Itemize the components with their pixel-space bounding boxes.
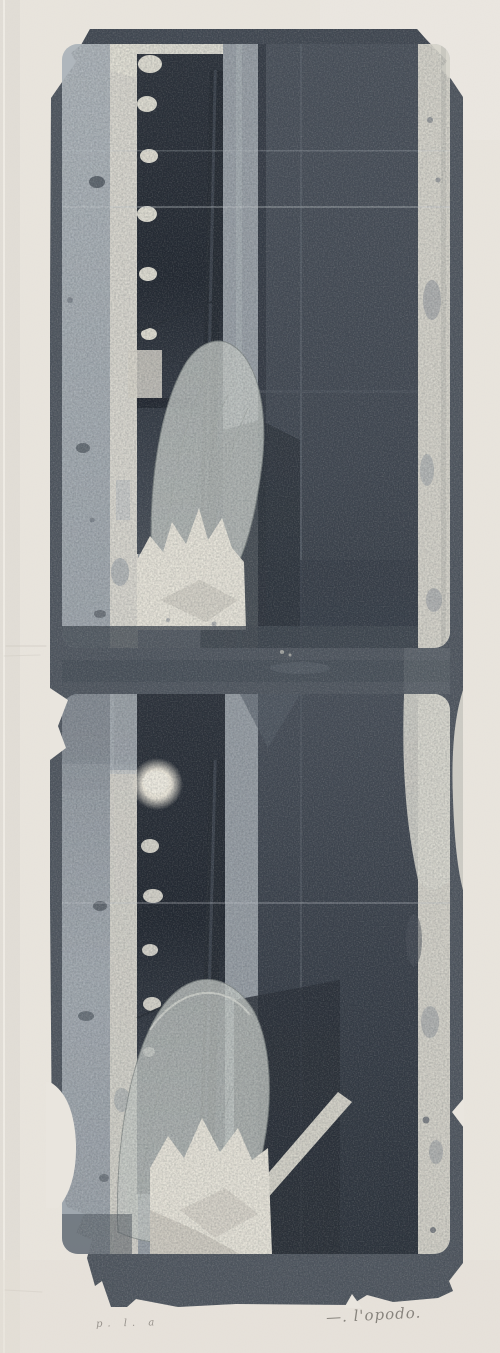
floor-shadow-band (62, 626, 418, 648)
print-artwork (0, 0, 500, 1353)
print-plate (46, 26, 466, 1316)
plate-top-bar (82, 29, 430, 44)
artwork-photograph: p. l. a —. l'opodo. (0, 0, 500, 1353)
inscription-edition: p. l. a (96, 1317, 160, 1330)
film-frame-bottom (62, 694, 450, 1254)
right-light-strip (418, 44, 450, 648)
white-wall-strip (110, 44, 138, 648)
film-frame-top (62, 44, 450, 648)
doorway-bright-patch (128, 350, 162, 398)
